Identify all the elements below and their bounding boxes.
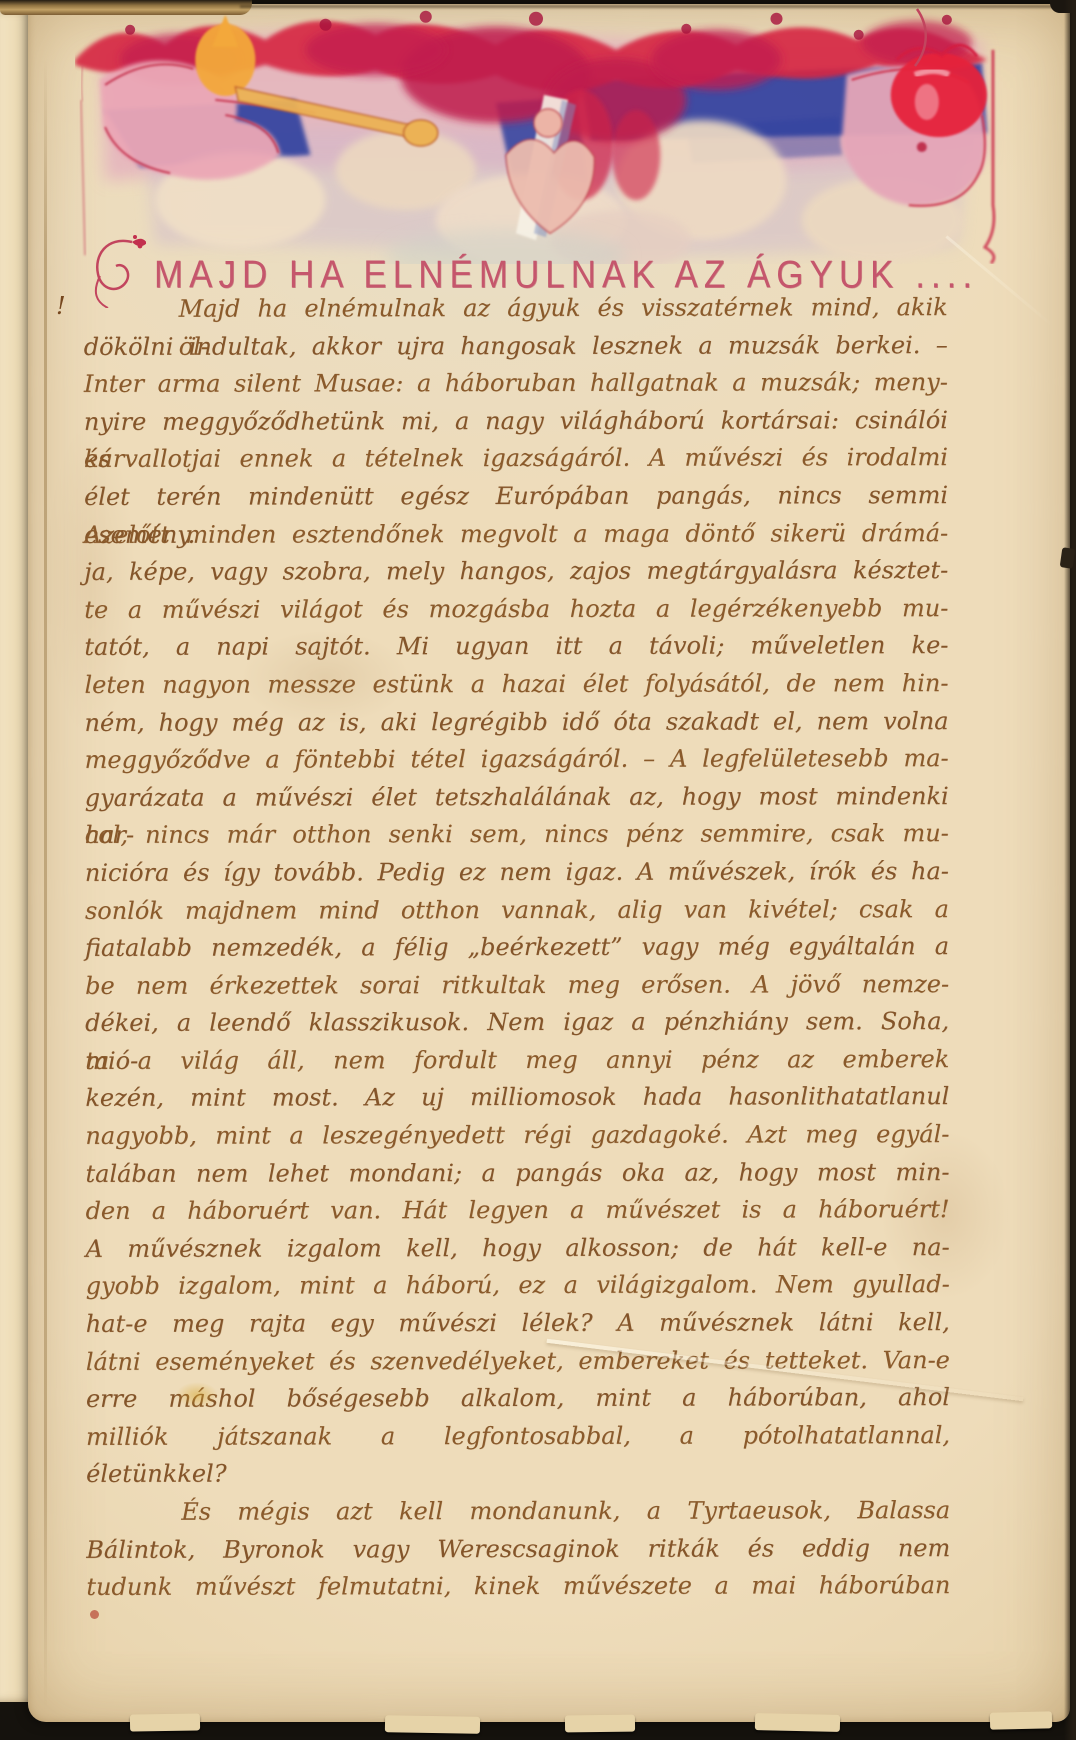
manuscript-line: Inter arma silent Musae: a háboruban hal… xyxy=(84,364,948,403)
manuscript-line: col, nincs már otthon senki sem, nincs p… xyxy=(85,815,949,854)
manuscript-line: Azelőtt minden esztendőnek megvolt a mag… xyxy=(84,515,948,554)
manuscript-line: kárvallotjai ennek a tételnek igazságáró… xyxy=(84,439,948,478)
manuscript-line: ja, képe, vagy szobra, mely hangos, zajo… xyxy=(84,552,948,591)
manuscript-line: élet terén mindenütt egész Európában pan… xyxy=(84,477,948,516)
manuscript-line: den a háboruért van. Hát legyen a művész… xyxy=(86,1191,950,1230)
torn-bottom-tab xyxy=(990,1711,1052,1730)
paper-stain xyxy=(240,630,410,725)
watercolor-cherubs-illustration xyxy=(75,4,1007,264)
manuscript-line: leten nagyon messze estünk a hazai élet … xyxy=(84,665,948,704)
manuscript-line: dökölni indultak, akkor ujra hangosak le… xyxy=(84,327,948,366)
torn-bottom-tab xyxy=(130,1713,200,1731)
top-edge-shadow xyxy=(240,5,1076,8)
manuscript-line: ném, hogy még az is, aki legrégibb idő ó… xyxy=(84,703,948,742)
right-edge-notch xyxy=(1060,547,1076,569)
manuscript-line: ta a világ áll, nem fordult meg annyi pé… xyxy=(85,1041,949,1080)
manuscript-line: dékei, a leendő klasszikusok. Nem igaz a… xyxy=(85,1003,949,1042)
manuscript-line: sonlók majdnem mind otthon vannak, alig … xyxy=(85,891,949,930)
manuscript-line: nyire meggyőződhetünk mi, a nagy világhá… xyxy=(84,402,948,441)
manuscript-line: hat-e meg rajta egy művészi lélek? A műv… xyxy=(86,1304,950,1343)
manuscript-line: Bálintok, Byronok vagy Werescsaginok rit… xyxy=(86,1530,950,1569)
red-ink-dot xyxy=(90,1610,99,1619)
manuscript-line: életünkkel? xyxy=(86,1455,950,1494)
manuscript-line: te a művészi világot és mozgásba hozta a… xyxy=(84,590,948,629)
scanned-manuscript-photo: MAJD HA ELNÉMULNAK AZ ÁGYUK .... ! Majd … xyxy=(0,0,1076,1740)
manuscript-line: tatót, a napi sajtót. Mi ugyan itt a táv… xyxy=(84,627,948,666)
paper-stain xyxy=(880,1130,1010,1300)
right-edge-shadow xyxy=(1064,0,1076,1740)
manuscript-line: tudunk művészt felmutatni, kinek művésze… xyxy=(86,1567,950,1606)
page-fold-line xyxy=(44,60,47,1710)
curled-page-edge xyxy=(0,0,252,15)
manuscript-line: fiatalabb nemzedék, a félig „beérkezett”… xyxy=(85,928,949,967)
manuscript-line: És mégis azt kell mondanunk, a Tyrtaeuso… xyxy=(86,1492,950,1531)
manuscript-line: meggyőződve a föntebbi tétel igazságáról… xyxy=(85,740,949,779)
manuscript-line: gyarázata a művészi élet tetszhalálának … xyxy=(85,778,949,817)
manuscript-text: Majd ha elnémulnak az ágyuk és visszatér… xyxy=(84,289,951,1607)
manuscript-line: kezén, mint most. Az uj milliomosok hada… xyxy=(85,1079,949,1118)
manuscript-line: talában nem lehet mondani; a pangás oka … xyxy=(85,1154,949,1193)
torn-bottom-tab xyxy=(755,1713,840,1732)
manuscript-line: milliók játszanak a legfontosabbal, a pó… xyxy=(86,1417,950,1456)
manuscript-line: nagyobb, mint a leszegényedett régi gazd… xyxy=(85,1116,949,1155)
torn-bottom-tab xyxy=(565,1715,635,1733)
yellow-smudge xyxy=(176,1382,218,1408)
manuscript-line: Majd ha elnémulnak az ágyuk és visszatér… xyxy=(84,289,948,328)
manuscript-line: nicióra és így tovább. Pedig ez nem igaz… xyxy=(85,853,949,892)
paper-stain xyxy=(46,420,136,740)
manuscript-line: be nem érkezettek sorai ritkultak meg er… xyxy=(85,966,949,1005)
manuscript-line: A művésznek izgalom kell, hogy alkosson;… xyxy=(86,1229,950,1268)
manuscript-line: gyobb izgalom, mint a háború, ez a világ… xyxy=(86,1267,950,1306)
header-watercolor-painting xyxy=(75,4,1007,264)
torn-bottom-tab xyxy=(385,1715,480,1734)
margin-mark: ! xyxy=(56,292,66,320)
title-closing-flourish-icon xyxy=(912,6,934,68)
